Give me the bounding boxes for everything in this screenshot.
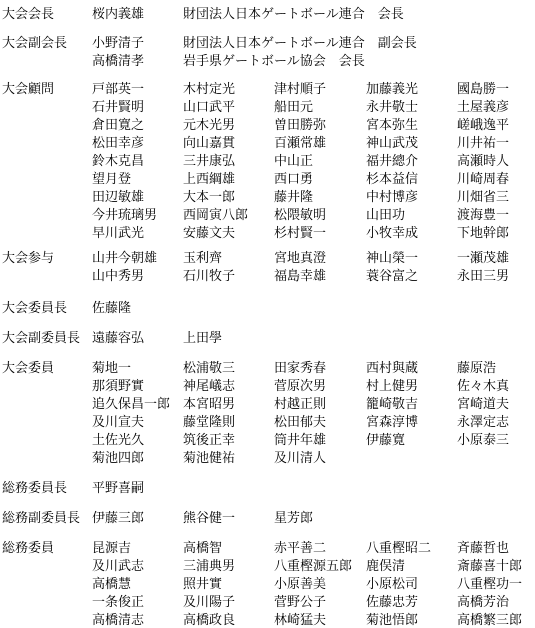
- person-name: 菅野公子: [274, 591, 326, 610]
- person-name: 望月登: [92, 168, 131, 187]
- person-name: 國島勝一: [457, 78, 509, 97]
- person-name: 宮地真澄: [274, 247, 326, 266]
- person-name: 本宮昭男: [183, 393, 235, 412]
- person-name: 戸部英一: [92, 78, 144, 97]
- person-name: 佐々木真: [457, 375, 509, 394]
- person-name: 福島幸雄: [274, 265, 326, 284]
- person-name: 船田元: [274, 96, 313, 115]
- person-name: 神山武茂: [366, 132, 418, 151]
- person-name: 菊地一: [92, 357, 131, 376]
- person-name: 菊池健祐: [183, 447, 235, 466]
- person-name: 桜内義雄: [92, 3, 144, 22]
- person-name: 高瀬時人: [457, 150, 509, 169]
- organization-title: 岩手県ゲートボール協会 会長: [183, 50, 365, 69]
- person-name: 遠藤容弘: [92, 327, 144, 346]
- role-title: 大会参与: [2, 247, 54, 266]
- person-name: 那須野實: [92, 375, 144, 394]
- organization-title: 財団法人日本ゲートボール連合 副会長: [183, 32, 417, 51]
- person-name: 山口武平: [183, 96, 235, 115]
- person-name: 渡海豊一: [457, 204, 509, 223]
- role-title: 大会委員: [2, 357, 54, 376]
- person-name: 熊谷健一: [183, 507, 235, 526]
- person-name: 八重樫源五郎: [274, 555, 352, 574]
- person-name: 津村順子: [274, 78, 326, 97]
- person-name: 上西綱雄: [183, 168, 235, 187]
- person-name: 百瀬常雄: [274, 132, 326, 151]
- person-name: 宮本弥生: [366, 114, 418, 133]
- person-name: 菊池四郎: [92, 447, 144, 466]
- person-name: 川畑省三: [457, 186, 509, 205]
- person-name: 川崎周春: [457, 168, 509, 187]
- person-name: 三浦典男: [183, 555, 235, 574]
- person-name: 玉利齊: [183, 247, 222, 266]
- person-name: 菊池悟郎: [366, 609, 418, 628]
- person-name: 杉村賢一: [274, 222, 326, 241]
- person-name: 土屋義彦: [457, 96, 509, 115]
- person-name: 山井今朝雄: [92, 247, 157, 266]
- person-name: 山田功: [366, 204, 405, 223]
- person-name: 村上健男: [366, 375, 418, 394]
- person-name: 田家秀春: [274, 357, 326, 376]
- person-name: 石井賢明: [92, 96, 144, 115]
- person-name: 菅原次男: [274, 375, 326, 394]
- person-name: 福井總介: [366, 150, 418, 169]
- role-title: 大会会長: [2, 3, 54, 22]
- person-name: 赤平善二: [274, 537, 326, 556]
- person-name: 神尾嶬志: [183, 375, 235, 394]
- person-name: 小牧幸成: [366, 222, 418, 241]
- person-name: 元木光男: [183, 114, 235, 133]
- person-name: 伊藤寛: [366, 429, 405, 448]
- person-name: 高橋慧: [92, 573, 131, 592]
- person-name: 及川宣夫: [92, 411, 144, 430]
- person-name: 照井實: [183, 573, 222, 592]
- person-name: 藤原浩: [457, 357, 496, 376]
- person-name: 杉本益信: [366, 168, 418, 187]
- person-name: 追久保昌一郎: [92, 393, 170, 412]
- person-name: 藤堂隆則: [183, 411, 235, 430]
- person-name: 中山正: [274, 150, 313, 169]
- person-name: 木村定光: [183, 78, 235, 97]
- role-title: 総務委員長: [2, 477, 67, 496]
- person-name: 籠崎敬吉: [366, 393, 418, 412]
- person-name: 西村與蔵: [366, 357, 418, 376]
- person-name: 三井康弘: [183, 150, 235, 169]
- person-name: 及川清人: [274, 447, 326, 466]
- person-name: 昆源吉: [92, 537, 131, 556]
- person-name: 藤井隆: [274, 186, 313, 205]
- person-name: 松隈敏明: [274, 204, 326, 223]
- person-name: 上田學: [183, 327, 222, 346]
- person-name: 大本一郎: [183, 186, 235, 205]
- person-name: 鈴木克昌: [92, 150, 144, 169]
- person-name: 平野喜嗣: [92, 477, 144, 496]
- person-name: 高橋繁三郎: [457, 609, 522, 628]
- role-title: 大会顧問: [2, 78, 54, 97]
- person-name: 曽田勝弥: [274, 114, 326, 133]
- person-name: 永澤定志: [457, 411, 509, 430]
- role-title: 大会副委員長: [2, 327, 80, 346]
- person-name: 中村博彦: [366, 186, 418, 205]
- role-title: 大会委員長: [2, 297, 67, 316]
- person-name: 宮森淳博: [366, 411, 418, 430]
- person-name: 永井敬士: [366, 96, 418, 115]
- person-name: 小野清子: [92, 32, 144, 51]
- person-name: 嵯峨逸平: [457, 114, 509, 133]
- person-name: 西岡寅八郎: [183, 204, 248, 223]
- person-name: 今井琉璃男: [92, 204, 157, 223]
- person-name: 倉田寛之: [92, 114, 144, 133]
- person-name: 高橋清孝: [92, 50, 144, 69]
- person-name: 山中秀男: [92, 265, 144, 284]
- person-name: 西口勇: [274, 168, 313, 187]
- person-name: 佐藤隆: [92, 297, 131, 316]
- person-name: 宮崎道夫: [457, 393, 509, 412]
- person-name: 高橋清志: [92, 609, 144, 628]
- person-name: 松田郁夫: [274, 411, 326, 430]
- person-name: 筑後正幸: [183, 429, 235, 448]
- person-name: 高橋政良: [183, 609, 235, 628]
- person-name: 加藤義光: [366, 78, 418, 97]
- person-name: 川井祐一: [457, 132, 509, 151]
- person-name: 斉藤哲也: [457, 537, 509, 556]
- person-name: 永田三男: [457, 265, 509, 284]
- person-name: 高橋芳治: [457, 591, 509, 610]
- person-name: 鹿俣清: [366, 555, 405, 574]
- person-name: 小原善美: [274, 573, 326, 592]
- person-name: 村越正則: [274, 393, 326, 412]
- person-name: 向山嘉貫: [183, 132, 235, 151]
- person-name: 一瀬茂雄: [457, 247, 509, 266]
- person-name: 松田幸彦: [92, 132, 144, 151]
- person-name: 小原泰三: [457, 429, 509, 448]
- person-name: 星芳郎: [274, 507, 313, 526]
- person-name: 田辺敏雄: [92, 186, 144, 205]
- organization-title: 財団法人日本ゲートボール連合 会長: [183, 3, 404, 22]
- person-name: 筒井年雄: [274, 429, 326, 448]
- person-name: 八重樫昭二: [366, 537, 431, 556]
- person-name: 蓑谷富之: [366, 265, 418, 284]
- person-name: 斎藤喜十郎: [457, 555, 522, 574]
- person-name: 土佐光久: [92, 429, 144, 448]
- person-name: 下地幹郎: [457, 222, 509, 241]
- role-title: 大会副会長: [2, 32, 67, 51]
- person-name: 石川牧子: [183, 265, 235, 284]
- person-name: 早川武光: [92, 222, 144, 241]
- person-name: 八重樫功一: [457, 573, 522, 592]
- person-name: 安藤文夫: [183, 222, 235, 241]
- role-title: 総務副委員長: [2, 507, 80, 526]
- person-name: 及川武志: [92, 555, 144, 574]
- person-name: 神山榮一: [366, 247, 418, 266]
- person-name: 佐藤忠芳: [366, 591, 418, 610]
- person-name: 高橋智: [183, 537, 222, 556]
- person-name: 伊藤三郎: [92, 507, 144, 526]
- person-name: 林崎猛夫: [274, 609, 326, 628]
- person-name: 小原松司: [366, 573, 418, 592]
- role-title: 総務委員: [2, 537, 54, 556]
- person-name: 一条俊正: [92, 591, 144, 610]
- person-name: 松浦敬三: [183, 357, 235, 376]
- person-name: 及川陽子: [183, 591, 235, 610]
